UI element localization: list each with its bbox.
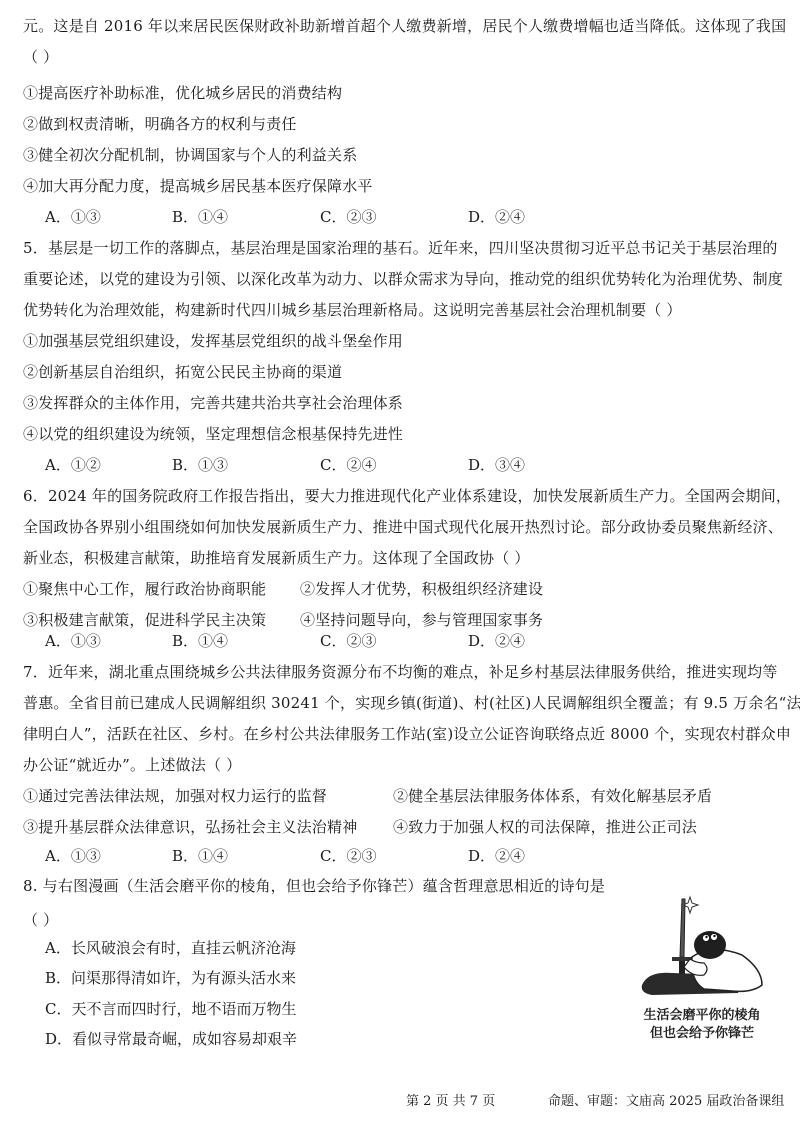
q6-items-row-1: ①聚焦中心工作，履行政治协商职能 ②发挥人才优势，积极组织经济建设 [23,579,775,599]
q5-option-d: D．③④ [468,455,525,475]
exam-page: 元。这是自 2016 年以来居民医保财政补助新增首超个人缴费新增，居民个人缴费增… [0,0,800,1139]
q7-option-d: D．②④ [468,846,525,866]
q8-option-a: A．长风破浪会有时，直挂云帆济沧海 [45,938,296,958]
q7-option-b: B．①④ [172,846,228,866]
q5-option-b: B．①③ [172,455,228,475]
q5-item-4: ④以党的组织建设为统领，坚定理想信念根基保持先进性 [23,424,775,444]
q7-item-4: ④致力于加强人权的司法保障，推进公正司法 [393,817,697,837]
q4-item-2: ②做到权责清晰，明确各方的权利与责任 [23,114,775,134]
q7-stem-line-3: 律明白人”，活跃在社区、乡村。在乡村公共法律服务工作站(室)设立公证咨询联络点近… [23,724,775,744]
q4-option-b: B．①④ [172,207,228,227]
q4-answer-blank: （ ） [23,47,775,67]
q7-item-1: ①通过完善法律法规，加强对权力运行的监督 [23,787,327,805]
q6-item-1: ①聚焦中心工作，履行政治协商职能 [23,580,266,598]
q6-item-4: ④坚持问题导向，参与管理国家事务 [300,610,543,630]
q5-option-a: A．①② [45,455,101,475]
page-number: 第 2 页 共 7 页 [406,1093,495,1111]
q6-item-2: ②发挥人才优势，积极组织经济建设 [300,579,543,599]
q4-option-c: C．②③ [320,207,376,227]
q5-item-3: ③发挥群众的主体作用，完善共建共治共享社会治理体系 [23,393,775,413]
q4-option-a: A．①③ [45,207,101,227]
q7-items-row-2: ③提升基层群众法律意识，弘扬社会主义法治精神 ④致力于加强人权的司法保障，推进公… [23,817,775,837]
cartoon-caption-line-1: 生活会磨平你的棱角 [612,1007,792,1024]
q8-option-d: D．看似寻常最奇崛，成如容易却艰辛 [45,1029,297,1049]
q6-option-d: D．②④ [468,631,525,651]
q7-item-2: ②健全基层法律服务体体系，有效化解基层矛盾 [393,786,712,806]
q7-stem-line-2: 普惠。全省目前已建成人民调解组织 30241 个，实现乡镇(街道)、村(社区)人… [23,693,775,713]
q5-stem-line-1: 5．基层是一切工作的落脚点，基层治理是国家治理的基石。近年来，四川坚决贯彻习近平… [23,238,775,258]
q6-option-c: C．②③ [320,631,376,651]
q7-item-3: ③提升基层群众法律意识，弘扬社会主义法治精神 [23,818,357,836]
cartoon-caption-line-2: 但也会给予你锋芒 [612,1025,792,1042]
cartoon-figure-icon [612,885,792,1005]
q6-stem-line-2: 全国政协各界别小组围绕如何加快发展新质生产力、推进中国式现代化展开热烈讨论。部分… [23,517,775,537]
q6-option-a: A．①③ [45,631,101,651]
q5-option-c: C．②④ [320,455,376,475]
q5-stem-line-2: 重要论述，以党的建设为引领、以深化改革为动力、以群众需求为导向，推动党的组织优势… [23,269,775,289]
q7-stem-line-1: 7．近年来，湖北重点围绕城乡公共法律服务资源分布不均衡的难点，补足乡村基层法律服… [23,662,775,682]
q4-stem-line-1: 元。这是自 2016 年以来居民医保财政补助新增首超个人缴费新增，居民个人缴费增… [23,16,775,36]
q4-item-3: ③健全初次分配机制，协调国家与个人的利益关系 [23,145,775,165]
q5-item-1: ①加强基层党组织建设，发挥基层党组织的战斗堡垒作用 [23,331,775,351]
q5-stem-line-3: 优势转化为治理效能，构建新时代四川城乡基层治理新格局。这说明完善基层社会治理机制… [23,300,775,320]
q6-stem-line-1: 6．2024 年的国务院政府工作报告指出，要大力推进现代化产业体系建设，加快发展… [23,486,775,506]
q4-option-d: D．②④ [468,207,525,227]
q6-item-3: ③积极建言献策，促进科学民主决策 [23,611,266,629]
q4-item-4: ④加大再分配力度，提高城乡居民基本医疗保障水平 [23,176,775,196]
q6-items-row-2: ③积极建言献策，促进科学民主决策 ④坚持问题导向，参与管理国家事务 [23,610,775,630]
cartoon-illustration: 生活会磨平你的棱角 但也会给予你锋芒 [612,885,792,1045]
q7-option-c: C．②③ [320,846,376,866]
q7-stem-line-4: 办公证“就近办”。上述做法（ ） [23,755,775,775]
q4-item-1: ①提高医疗补助标准，优化城乡居民的消费结构 [23,83,775,103]
q8-option-c: C．天不言而四时行，地不语而万物生 [45,999,296,1019]
q7-items-row-1: ①通过完善法律法规，加强对权力运行的监督 ②健全基层法律服务体体系，有效化解基层… [23,786,775,806]
q6-option-b: B．①④ [172,631,228,651]
q7-option-a: A．①③ [45,846,101,866]
q5-item-2: ②创新基层自治组织，拓宽公民民主协商的渠道 [23,362,775,382]
footer-credit: 命题、审题：文庙高 2025 届政治备课组 [548,1093,784,1111]
q8-option-b: B．问渠那得清如许，为有源头活水来 [45,968,296,988]
q6-stem-line-3: 新业态，积极建言献策，助推培育发展新质生产力。这体现了全国政协（ ） [23,548,775,568]
